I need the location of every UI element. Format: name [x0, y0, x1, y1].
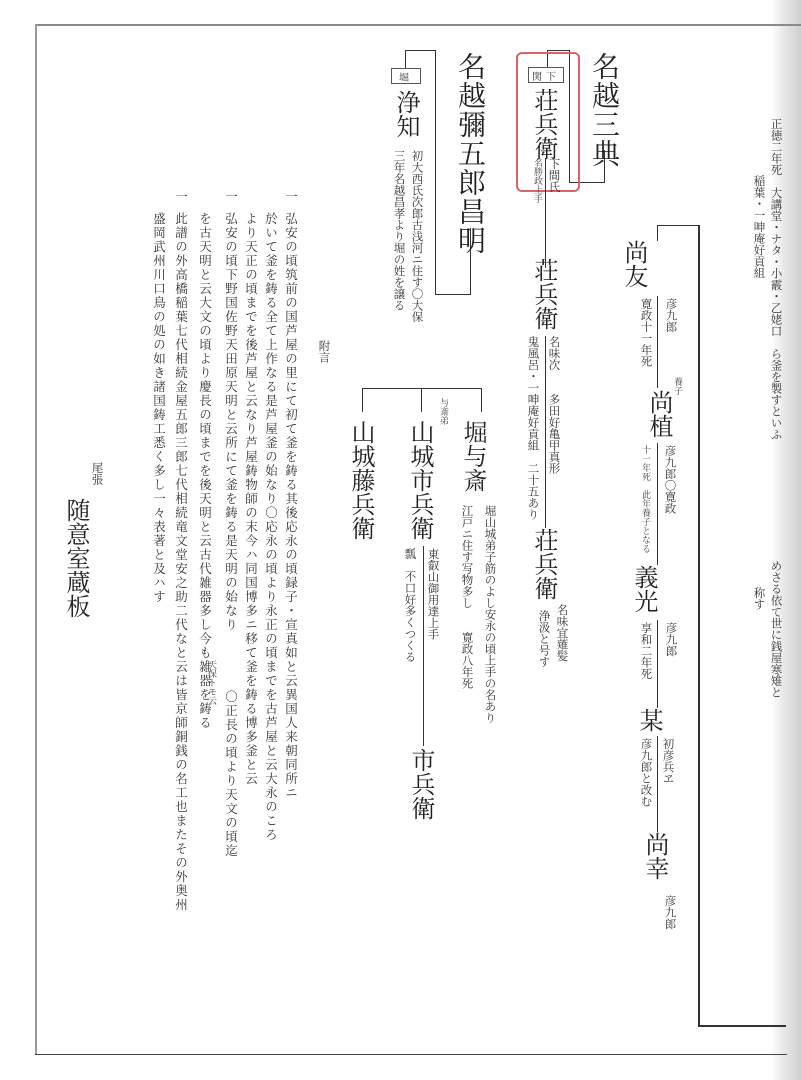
- person-naoyuki: 尚幸: [643, 832, 667, 880]
- tree-line-bo-down: [657, 736, 658, 832]
- label-box-hori: 堀: [391, 68, 421, 84]
- note-shohei-3-a: 名味宜薙髪: [556, 604, 568, 662]
- note-jochi-a: 初大西氏次郎古浅河ニ住す〇大保: [411, 150, 423, 323]
- tree-line-yagoro-left: [435, 294, 471, 295]
- label-box-sekishita: 関下: [528, 67, 564, 83]
- margin-text-col1: 正徳二年死 大講堂・ナタ・小霰・乙姥口 ら釜を製すといふ: [770, 118, 782, 440]
- frame-border-top: [35, 24, 801, 26]
- note-bo-a: 初彦兵ヱ: [662, 738, 674, 784]
- margin-text-col2: 稲葉・一呻庵好貢組: [753, 175, 765, 279]
- appendix-title: 附言: [318, 340, 330, 363]
- tree-line-right-bottom: [698, 1025, 786, 1027]
- person-bo: 某: [637, 708, 661, 732]
- signature-province: 尾張: [91, 462, 103, 485]
- margin-text-col2-lower: 称す: [753, 587, 765, 610]
- person-jochi: 浄知: [394, 90, 418, 138]
- tree-line-santen-down: [604, 150, 605, 182]
- appendix-p3-line1: 此譜の外高橋稲葉七代相続金屋五郎三郎七代相続竜文堂安之助二代なと云は皆京師銅銭の…: [174, 212, 187, 912]
- tree-line-top-connector: [547, 50, 570, 51]
- note-naoue-a: 彦九郎〇寛政: [664, 445, 676, 514]
- tree-line-yagoro-up: [435, 50, 436, 295]
- note-yosai-b: 江戸ニ住す写物多し 寛政八年死: [461, 505, 473, 689]
- appendix-p2-line1: 弘安の頃下野国佐野天田原天明と云所にて釜を鋳る是天明の始なり: [224, 212, 237, 632]
- frame-border-left: [35, 24, 37, 1054]
- person-shohei-2: 荘兵衛: [532, 258, 556, 330]
- person-naotomo: 尚友: [622, 240, 646, 288]
- tree-line-hori-top: [405, 50, 436, 51]
- note-naotomo-a: 彦九郎: [665, 298, 677, 333]
- tree-line-shohei-1-down: [545, 158, 546, 268]
- appendix-p2-mark: 一: [224, 190, 237, 204]
- person-nagoshi-yagoro-masaaki: 名越彌五郎昌明: [456, 52, 484, 255]
- note-shohei-1-b: 名勝政上手: [532, 158, 541, 203]
- person-shohei-3: 荘兵衛: [532, 528, 556, 600]
- label-adopted: 養子: [672, 377, 681, 395]
- tree-line-grandchildren-bar: [362, 388, 482, 389]
- person-ichibei: 市兵衛: [409, 748, 433, 820]
- tree-line-naotomo-connector: [657, 225, 699, 226]
- note-ichibei-b: 瓢぀不口好多くつくる: [404, 548, 416, 663]
- appendix-p1-mark: 一: [284, 190, 297, 204]
- person-naoue: 尚植: [647, 390, 671, 438]
- label-yosai-brother: 与斎弟: [438, 398, 447, 425]
- note-shohei-2-b: 鬼風呂・一呻庵好貢組 二十五あり: [527, 336, 539, 520]
- appendix-p3-line2: 盛岡武州川口鳥の処の如き諸国鋳工悉く多し一々表著と及ハす: [152, 212, 165, 604]
- note-bo-b: 彦九郎と改む: [640, 738, 652, 807]
- note-shohei-3-b: 浄汲と号す: [538, 610, 550, 668]
- note-shohei-1-a: 下間氏: [548, 158, 560, 193]
- frame-border-bottom: [35, 1054, 787, 1055]
- note-yoshimitsu-b: 享和二年死: [640, 622, 652, 680]
- appendix-p3-mark: 一: [174, 190, 187, 204]
- note-jochi-b: 三年名越昌孝より堀の姓を譲る: [393, 150, 405, 311]
- note-naoyuki-a: 彦九郎: [664, 895, 676, 930]
- appendix-p1-line2: 於いて釜を鋳る全て上作なる是芦屋釜の始なり〇応永の頃より永正の頃までを古芦屋と云…: [264, 212, 277, 842]
- tree-line-naoue-down: [657, 443, 658, 565]
- tree-line-yagoro-down: [470, 228, 471, 294]
- tree-line-naotomo-top: [657, 225, 658, 241]
- signature-publisher: 随意室蔵板: [64, 498, 88, 618]
- person-yamashiro-tobei: 山城藤兵衛: [349, 420, 373, 540]
- tree-line-ichibei-drop: [421, 388, 422, 412]
- tree-line-hori-drop: [405, 50, 406, 68]
- note-yoshimitsu-a: 彦九郎: [665, 622, 677, 657]
- tree-line-naotomo-down: [657, 296, 658, 388]
- appendix-p1-line3: より天正の頃までを後芦屋と云なり芦屋鋳物師の末今ハ同国博多ニ移て釜を鋳る博多釜と…: [244, 212, 257, 786]
- appendix-p2-line2: を古天明と云大文の頃より慶長の頃までを後天明と云古代雑器多し今も雑器を鋳る: [198, 212, 211, 730]
- tree-line-ichibei-down: [423, 546, 424, 746]
- person-yoshimitsu: 義光: [632, 565, 656, 613]
- person-hori-yosai: 堀与斎: [461, 420, 485, 492]
- margin-text-col1-lower: めさる依て世に銭屋寒雉と: [770, 560, 782, 698]
- tree-line-shohei-2-down: [545, 336, 546, 528]
- note-naoue-b: 十一年死 此年養子となる: [640, 445, 649, 553]
- tree-line-tobei-drop: [362, 388, 363, 412]
- note-ichibei-a: 東叡山御用達上手: [427, 548, 439, 640]
- note-shohei-2-a: 名味次 多田好亀甲真形: [548, 336, 560, 474]
- note-naotomo-b: 寛政十一年死: [640, 298, 652, 367]
- person-shohei-1: 荘兵衛: [532, 88, 556, 160]
- tree-line-yosai-drop: [481, 388, 482, 412]
- person-yamashiro-ichibei: 山城市兵衛: [408, 420, 432, 540]
- tree-line-right-vertical: [698, 225, 700, 1025]
- note-yosai-a: 堀山城弟子筋のよし安永の頃上手の名あり: [484, 505, 496, 724]
- appendix-p1-line1: 弘安の頃筑前の国芦屋の里にて初て釜を鋳る其後応永の頃録子・宣真如と云異国人来朝同…: [284, 212, 297, 800]
- appendix-p2-continuation: 〇正長の頃より天文の頃迄: [224, 690, 237, 858]
- tree-line-yoshimitsu-down: [657, 620, 658, 708]
